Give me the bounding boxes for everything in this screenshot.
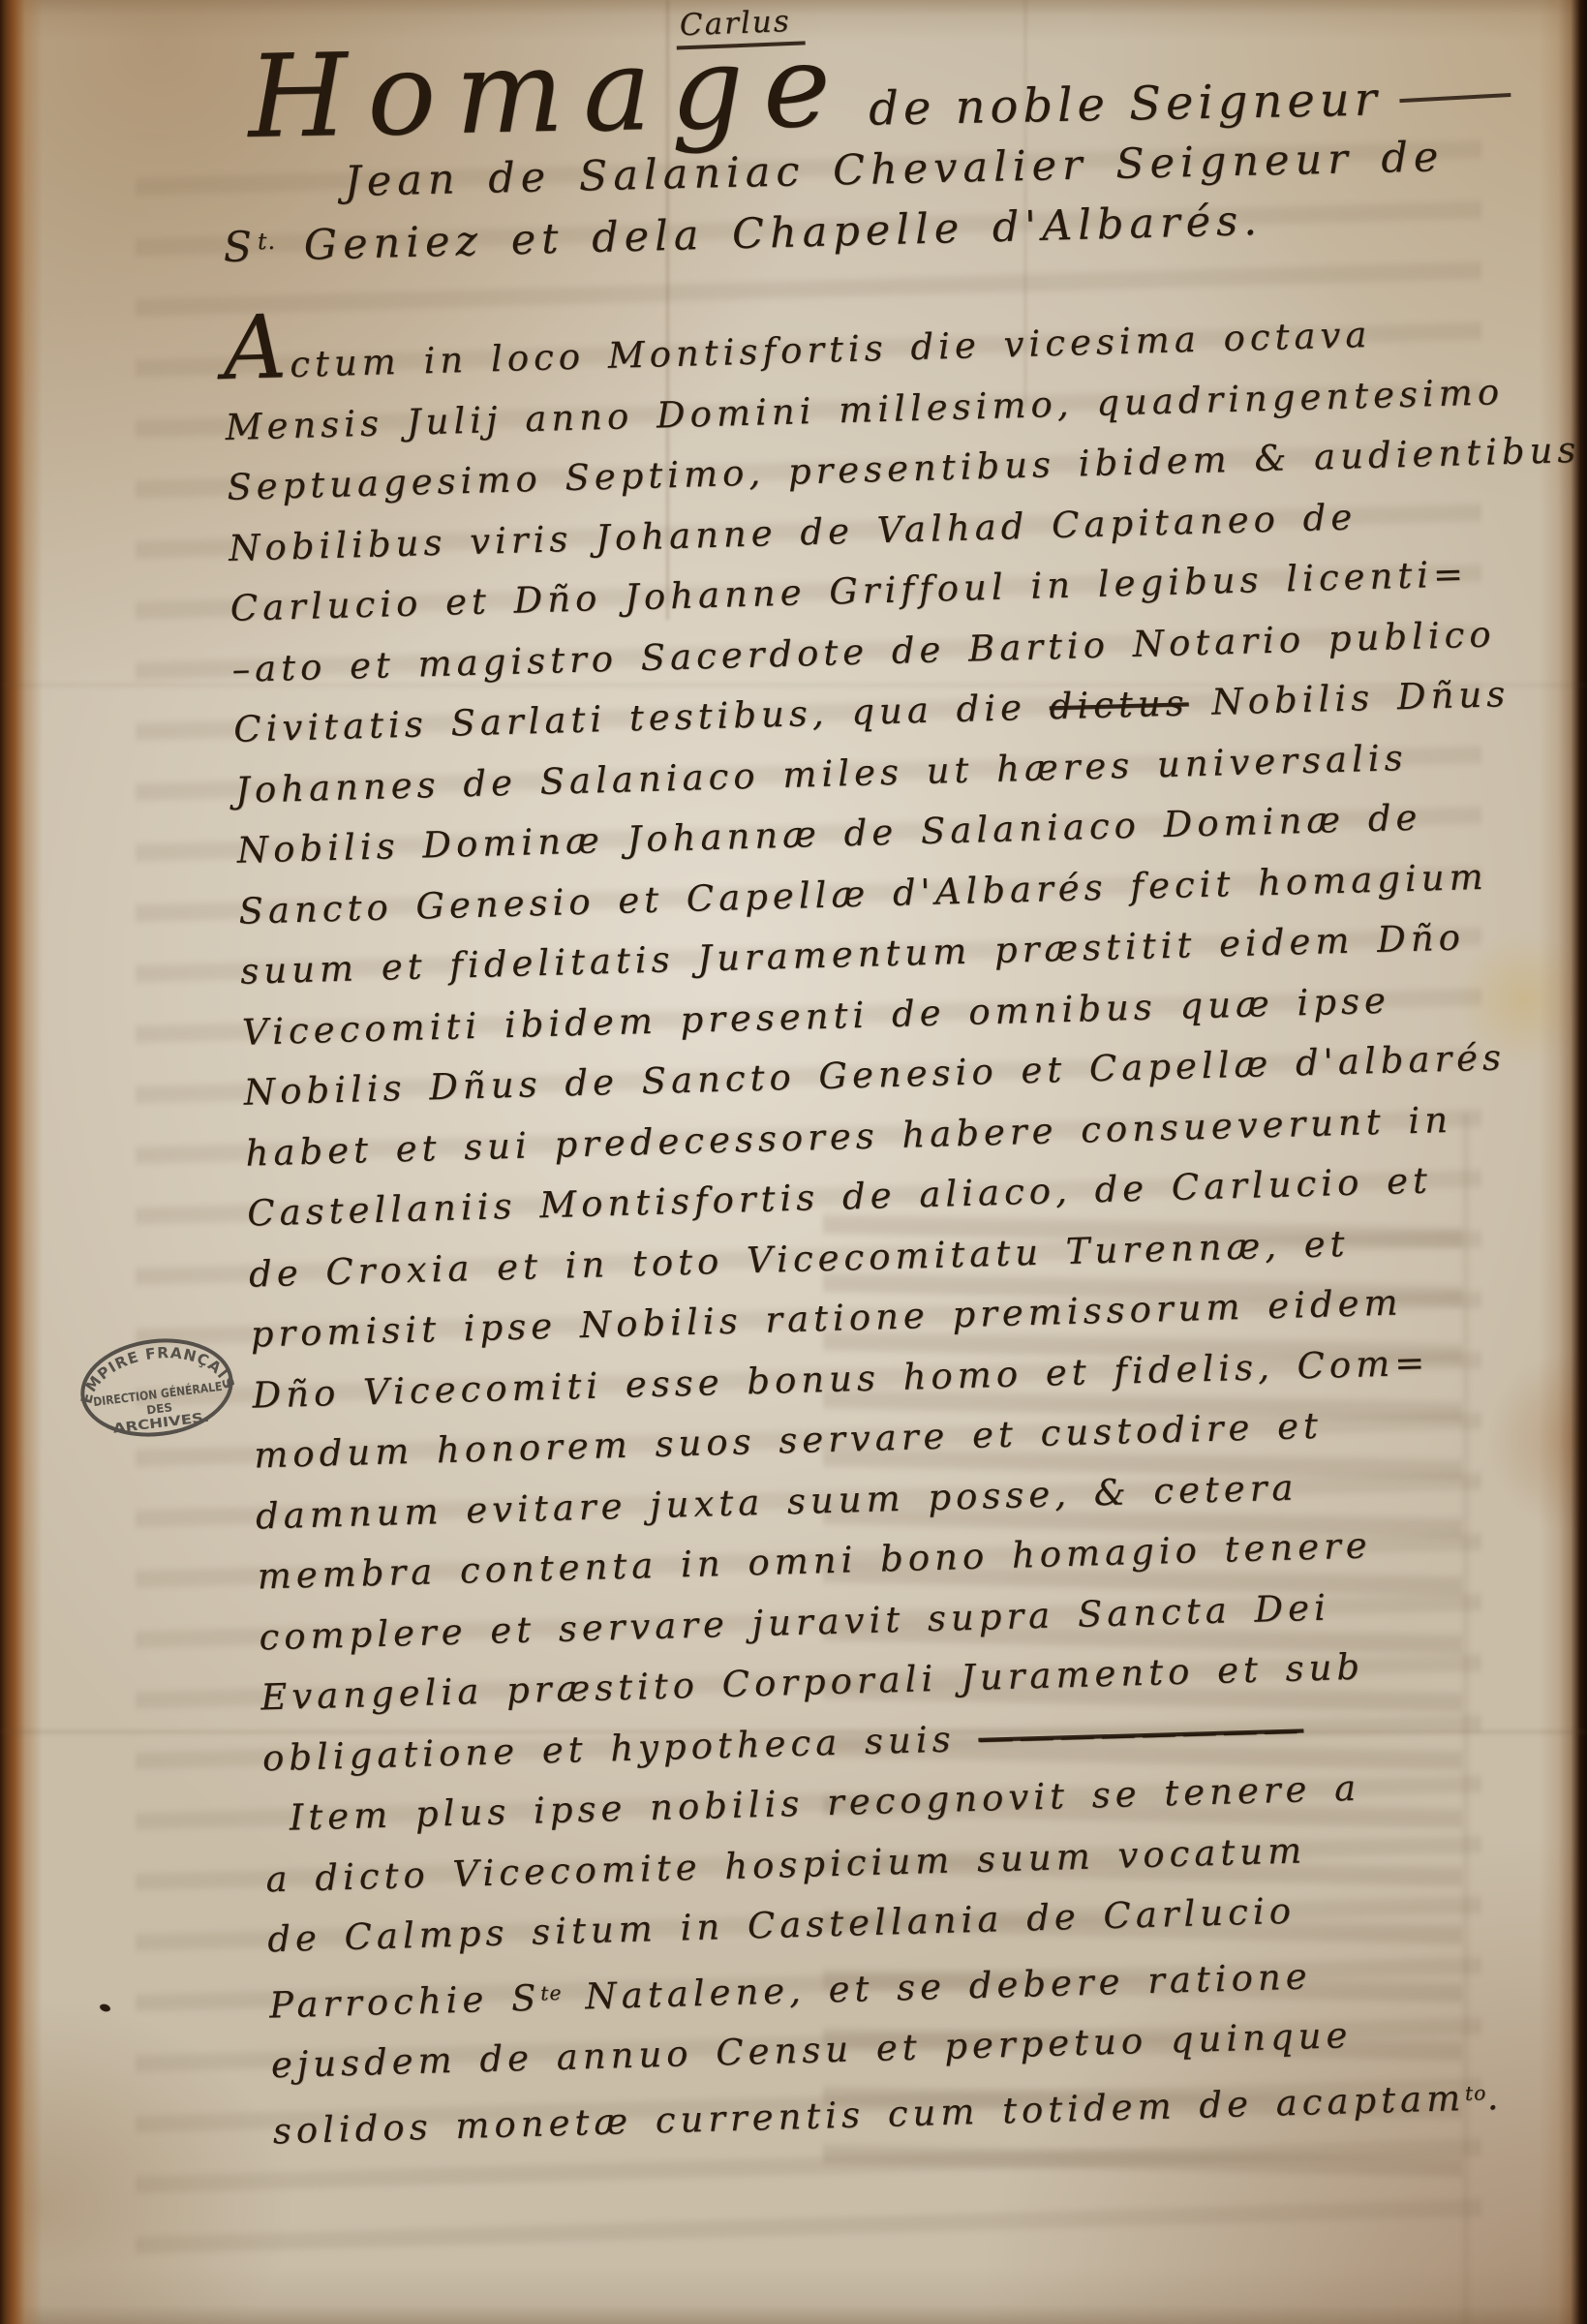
manuscript-page: Carlus Homage de noble Seigneur Jean de … <box>0 0 1587 2324</box>
text-run: Natalene, et se debere ratione <box>562 1955 1312 2018</box>
text-run: Nobilis Dñus <box>1188 673 1511 723</box>
superscript: t. <box>258 228 277 255</box>
title-flourish-line <box>1400 93 1511 103</box>
title-word-homage: Homage <box>247 18 851 164</box>
title-rest: de noble Seigneur <box>869 73 1382 137</box>
archives-stamp: EMPIRE FRANÇAIS DIRECTION GÉNÉRALE DES A… <box>72 1327 242 1448</box>
paragraph: Actum in loco Montisfortis die vicesima … <box>223 304 1453 1789</box>
text-run: obligatione et hypotheca suis <box>261 1717 979 1779</box>
subtitle-line: St. Geniez et dela Chapelle d'Albarés. <box>223 197 1263 272</box>
body-text: Actum in loco Montisfortis die vicesima … <box>223 304 1464 2162</box>
text-run: . <box>1486 2076 1504 2118</box>
superscript: te <box>540 1980 563 2004</box>
text-run: Parrochie S <box>269 1976 541 2026</box>
photo-background: Carlus Homage de noble Seigneur Jean de … <box>0 0 1587 2324</box>
text-run: S <box>223 223 259 272</box>
struck-word: dictus <box>1049 682 1189 727</box>
text-run: Geniez et dela Chapelle d'Albarés. <box>275 197 1263 271</box>
archives-stamp-svg: EMPIRE FRANÇAIS DIRECTION GÉNÉRALE DES A… <box>72 1327 242 1448</box>
struck-word: ———————— <box>978 1708 1304 1758</box>
fold-crease <box>1464 1114 1468 2324</box>
superscript: to <box>1465 2081 1487 2105</box>
ink-blot <box>99 2003 111 2012</box>
paragraph: Item plus ipse nobilis recognovit se ten… <box>263 1756 1464 2162</box>
